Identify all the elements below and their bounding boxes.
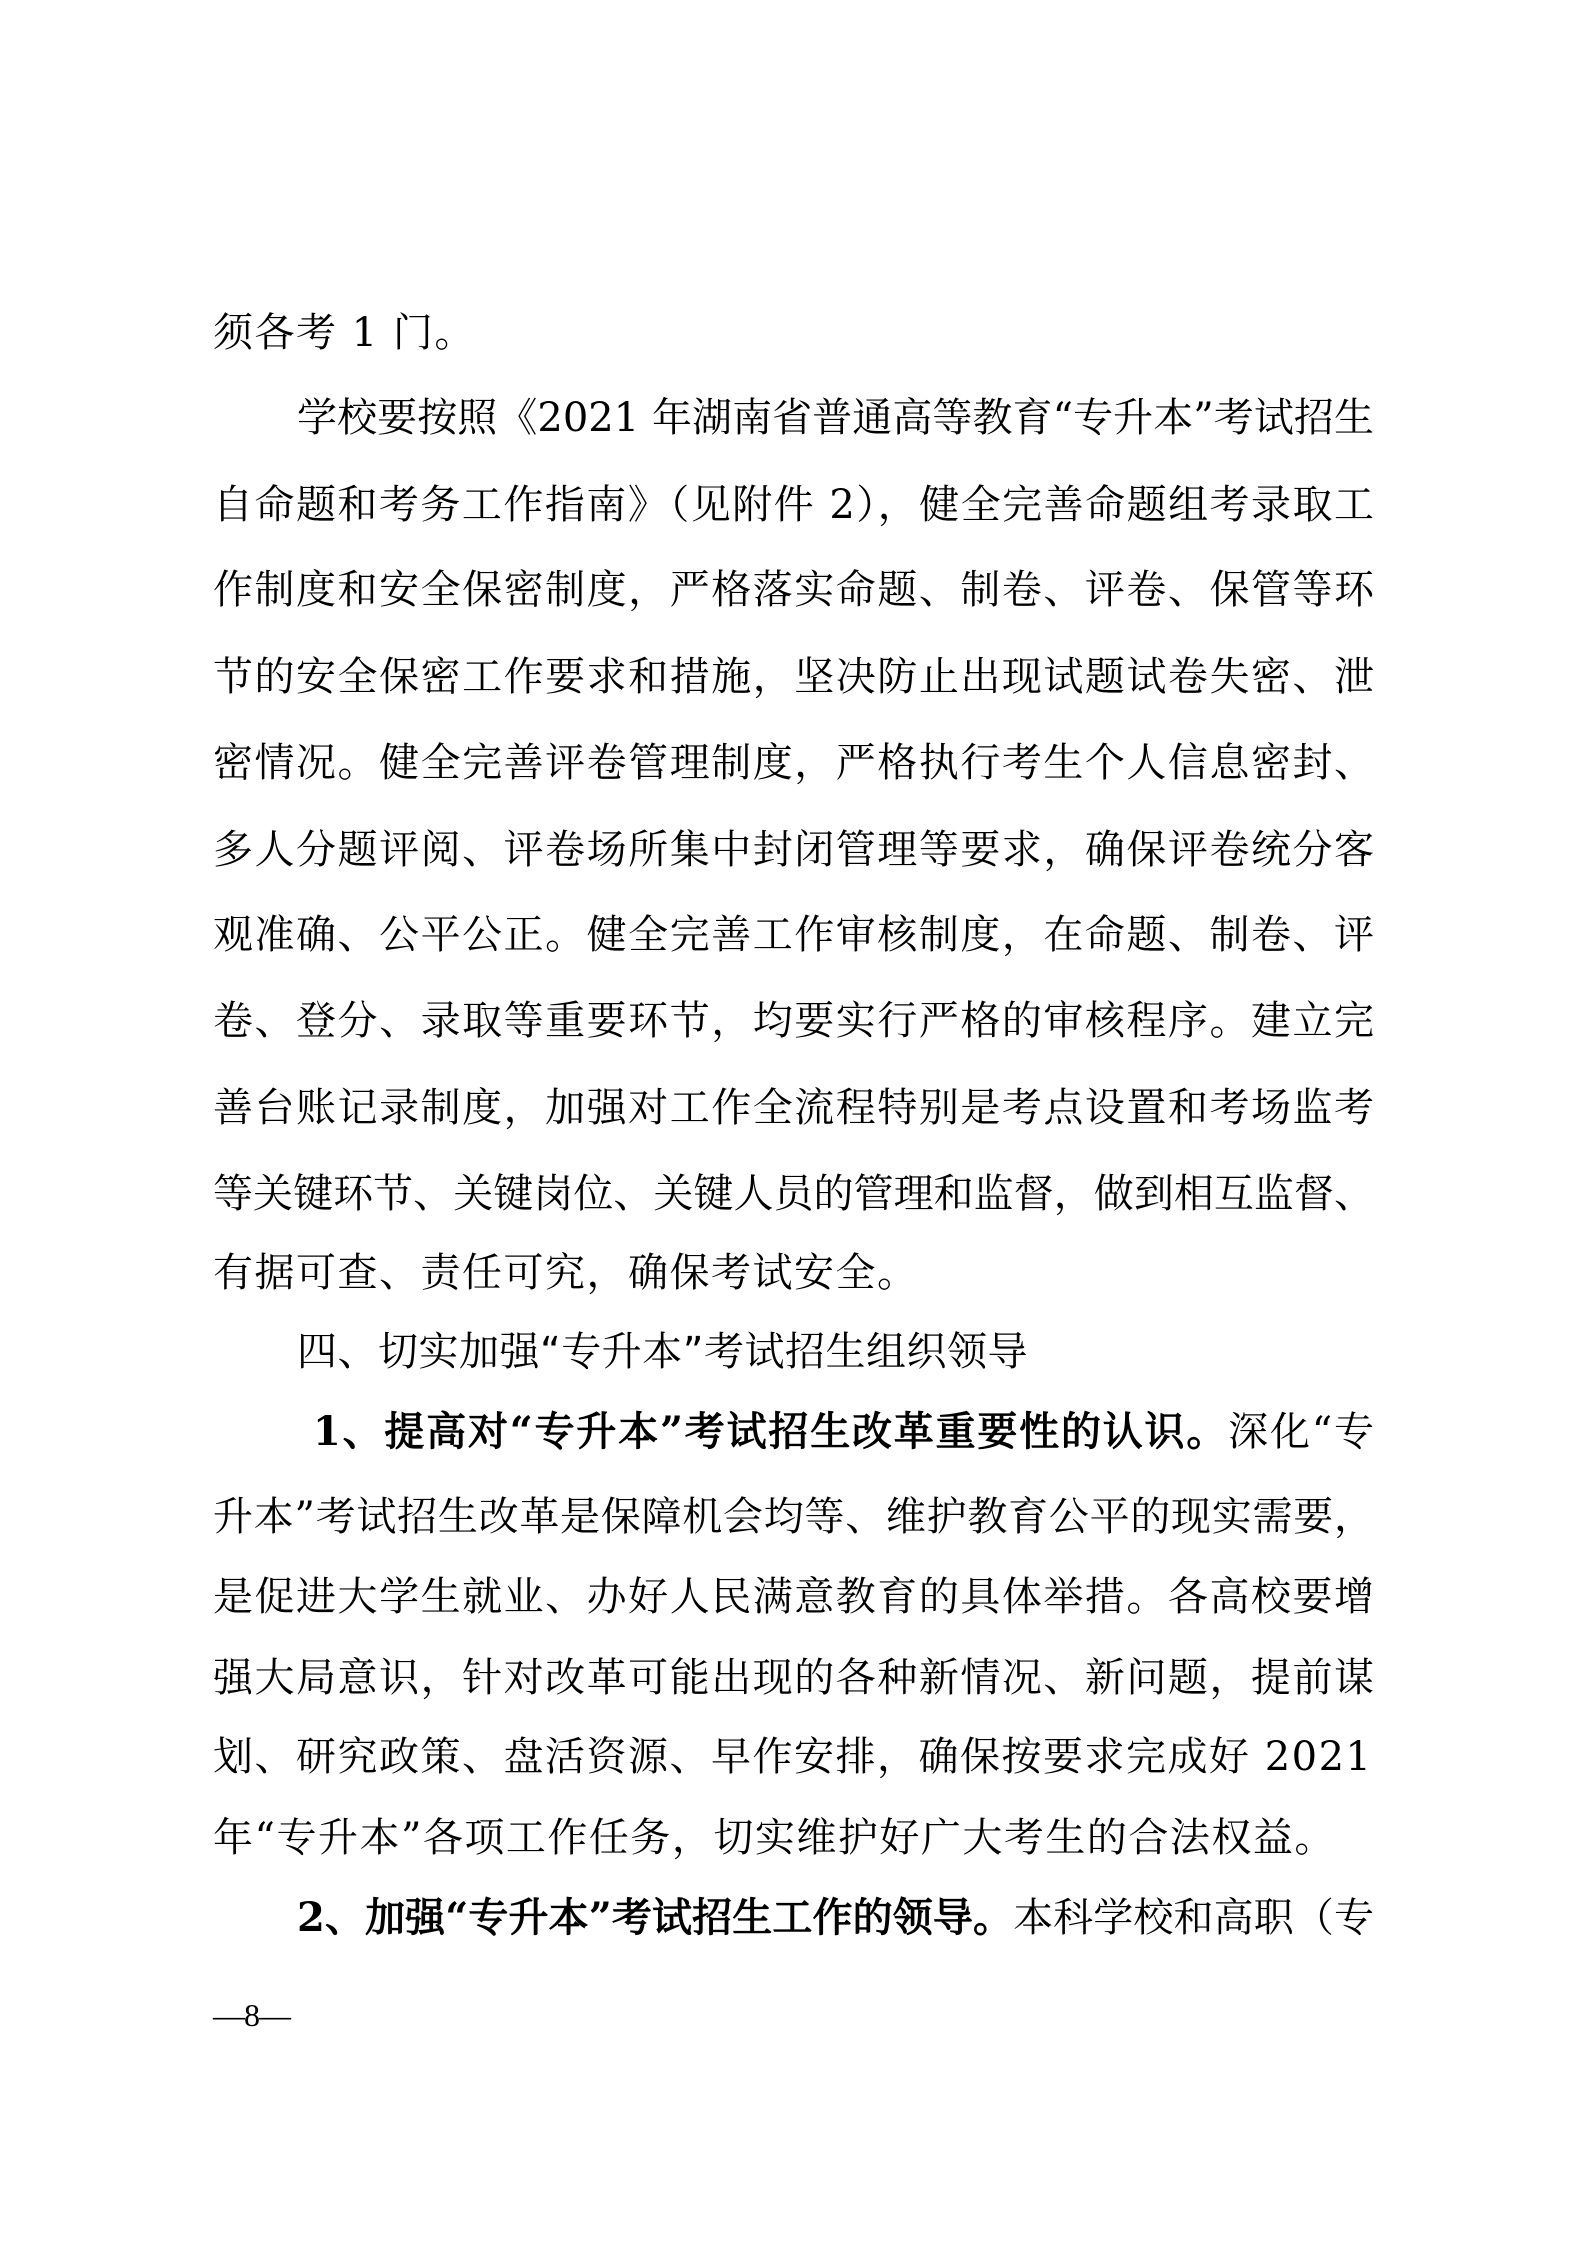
paragraph-line: 作制度和安全保密制度，严格落实命题、制卷、评卷、保管等环 [213,565,1374,615]
item-1-first-line: 1、提高对“专升本”考试招生改革重要性的认识。深化“专 [313,1407,1374,1457]
paragraph-line: 学校要按照《2021 年湖南省普通高等教育“专升本”考试招生 [297,393,1374,443]
paragraph-line: 须各考 1 门。 [213,308,1374,358]
paragraph-line: 年“专升本”各项工作任务，切实维护好广大考生的合法权益。 [213,1813,1374,1863]
paragraph-line: 划、研究政策、盘活资源、早作安排，确保按要求完成好 2021 [213,1732,1374,1782]
paragraph-line: 升本”考试招生改革是保障机会均等、维护教育公平的现实需要， [213,1492,1374,1542]
paragraph-line: 节的安全保密工作要求和措施，坚决防止出现试题试卷失密、泄 [213,652,1374,702]
paragraph-line: 自命题和考务工作指南》（见附件 2），健全完善命题组考录取工 [213,480,1374,530]
paragraph-line: 有据可查、责任可究，确保考试安全。 [213,1248,1374,1298]
paragraph-line: 观准确、公平公正。健全完善工作审核制度，在命题、制卷、评 [213,910,1374,960]
document-page: 须各考 1 门。 学校要按照《2021 年湖南省普通高等教育“专升本”考试招生 … [0,0,1587,2245]
item-2-first-line: 2、加强“专升本”考试招生工作的领导。本科学校和高职（专 [297,1893,1374,1943]
item-1-text: 深化“专 [1228,1409,1374,1455]
paragraph-line: 善台账记录制度，加强对工作全流程特别是考点设置和考场监考 [213,1083,1374,1133]
item-2-title: 2、加强“专升本”考试招生工作的领导。 [297,1894,1013,1941]
paragraph-line: 强大局意识，针对改革可能出现的各种新情况、新问题，提前谋 [213,1653,1374,1703]
paragraph-line: 卷、登分、录取等重要环节，均要实行严格的审核程序。建立完 [213,996,1374,1046]
paragraph-line: 等关键环节、关键岗位、关键人员的管理和监督，做到相互监督、 [213,1169,1374,1219]
page-number: —8— [213,1995,290,2035]
section-heading: 四、切实加强“专升本”考试招生组织领导 [297,1327,1374,1377]
item-1-title: 1、提高对“专升本”考试招生改革重要性的认识。 [313,1408,1228,1455]
item-2-text: 本科学校和高职（专 [1013,1895,1374,1941]
paragraph-line: 密情况。健全完善评卷管理制度，严格执行考生个人信息密封、 [213,738,1374,788]
paragraph-line: 多人分题评阅、评卷场所集中封闭管理等要求，确保评卷统分客 [213,825,1374,875]
paragraph-line: 是促进大学生就业、办好人民满意教育的具体举措。各高校要增 [213,1572,1374,1622]
